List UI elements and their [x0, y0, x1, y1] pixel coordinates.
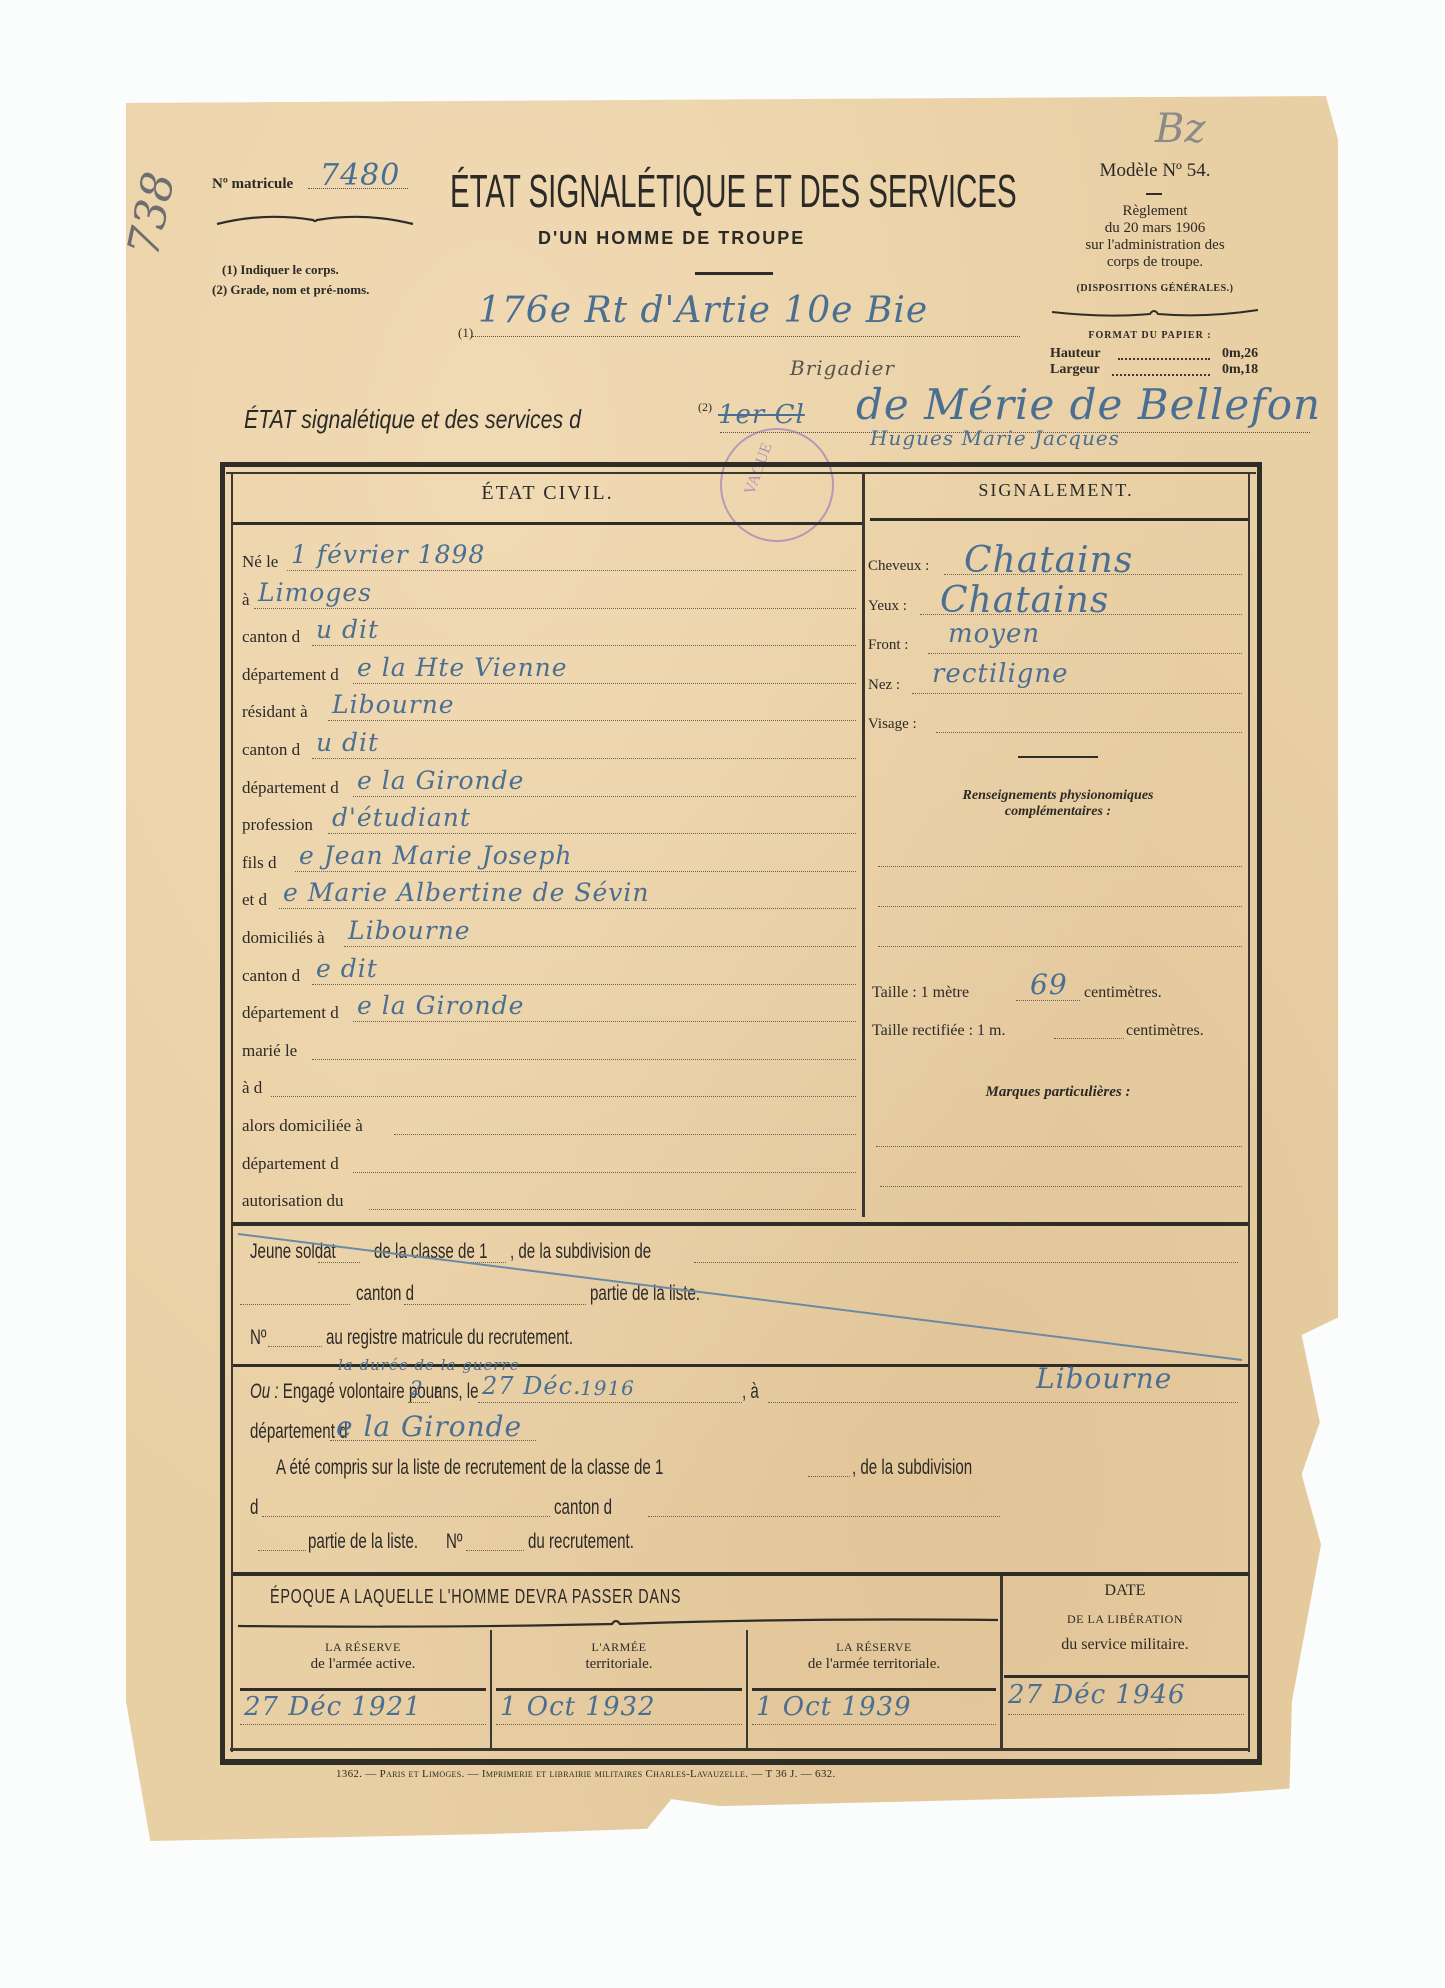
engage-place: Libourne	[1036, 1362, 1172, 1395]
marques-line-1	[876, 1146, 1242, 1147]
liberation-title-2: DE LA LIBÉRATION	[1002, 1612, 1248, 1627]
matricule-label: Nº matricule	[212, 176, 293, 193]
etat-civil-label: et d	[242, 890, 267, 910]
struck-grade: 1er Cl	[718, 400, 805, 430]
footnote-2: (2) Grade, nom et pré-noms.	[212, 282, 417, 297]
signalement-value: Chatains	[964, 540, 1133, 581]
etat-civil-value: u dit	[316, 615, 379, 644]
engage-canton-label: canton d	[554, 1496, 612, 1520]
epoque-col-dots[interactable]	[496, 1724, 742, 1725]
epoque-col-rule	[752, 1688, 996, 1691]
subject-first-names: Hugues Marie Jacques	[870, 426, 1120, 450]
etat-civil-label: alors domiciliée à	[242, 1116, 363, 1136]
engage-recrutement-label: du recrutement.	[528, 1530, 634, 1554]
physio-title-1: Renseignements physionomiques	[866, 788, 1250, 804]
corps-value: 176e Rt d'Artie 10e Bie	[478, 290, 928, 331]
rule-line-3: sur l'administration des	[1035, 237, 1275, 254]
epoque-col-title-2: territoriale.	[492, 1656, 746, 1673]
frame-bottom-inner	[230, 1748, 1250, 1751]
signalement-value: moyen	[948, 619, 1040, 649]
partie-dots	[258, 1550, 306, 1551]
epoque-col-title-2: de l'armée active.	[236, 1656, 490, 1673]
signalement-label: Nez :	[868, 677, 900, 694]
epoque-col-title-2: de l'armée territoriale.	[748, 1656, 1000, 1673]
title-rule	[695, 272, 773, 275]
frame-top-inner	[226, 472, 1256, 474]
signalement-field-line[interactable]	[936, 732, 1242, 733]
etat-civil-field-line[interactable]	[353, 683, 856, 684]
frame-left-inner	[231, 472, 233, 1752]
etat-civil-field-line[interactable]	[328, 833, 856, 834]
etat-civil-field-line[interactable]	[312, 758, 856, 759]
etat-civil-label: Né le	[242, 552, 278, 572]
frame-left	[220, 462, 225, 1764]
etat-civil-field-line[interactable]	[312, 645, 856, 646]
etat-civil-label: autorisation du	[242, 1191, 344, 1211]
ou-label: Ou :	[250, 1380, 279, 1403]
subject-label: ÉTAT signalétique et des services d	[244, 404, 581, 435]
grade-value: Brigadier	[790, 356, 895, 380]
rule-line-4: corps de troupe.	[1035, 254, 1275, 271]
epoque-col-title-1: L'ARMÉE	[492, 1640, 746, 1655]
etat-civil-label: département d	[242, 1003, 339, 1023]
etat-civil-label: à	[242, 590, 250, 610]
etat-civil-label: résidant à	[242, 702, 308, 722]
epoque-col-title-1: LA RÉSERVE	[236, 1640, 490, 1655]
taille-unit: centimètres.	[1084, 984, 1162, 1002]
ornament-divider	[215, 212, 415, 230]
liberation-title-3: du service militaire.	[1002, 1636, 1248, 1654]
etat-civil-label: département d	[242, 778, 339, 798]
engage-dept: e la Gironde	[336, 1410, 522, 1443]
etat-civil-label: à d	[242, 1078, 262, 1098]
physio-line-2	[878, 906, 1242, 907]
rule-line-1: Règlement	[1035, 203, 1275, 220]
engage-ans-label: ans, le	[434, 1380, 479, 1404]
physio-line-3	[878, 946, 1242, 947]
marques-line-2	[880, 1186, 1242, 1187]
liberation-divider	[1000, 1576, 1003, 1748]
classe-dots	[808, 1476, 850, 1477]
largeur-value: 0m,18	[1222, 362, 1258, 378]
canton-dots	[648, 1516, 1000, 1517]
model-dispositions: (DISPOSITIONS GÉNÉRALES.)	[1040, 283, 1270, 294]
engage-no-label: Nº	[446, 1530, 462, 1554]
signalement-label: Cheveux :	[868, 558, 929, 575]
etat-civil-field-line[interactable]	[312, 984, 856, 985]
etat-civil-label: canton d	[242, 966, 300, 986]
epoque-col-value: 1 Oct 1932	[500, 1692, 656, 1722]
model-number: Modèle Nº 54.	[1040, 160, 1270, 182]
model-ornament	[1050, 306, 1260, 320]
etat-civil-field-line[interactable]	[369, 1209, 856, 1210]
engage-subdivision-label: , de la subdivision	[852, 1456, 972, 1480]
epoque-col-title-1: LA RÉSERVE	[748, 1640, 1000, 1655]
taille-rect-unit: centimètres.	[1126, 1022, 1204, 1040]
epoque-col-dots[interactable]	[752, 1724, 996, 1725]
section-rule-3	[233, 1572, 1249, 1576]
taille-rect-label: Taille rectifiée : 1 m.	[872, 1022, 1005, 1040]
physio-line-1	[878, 866, 1242, 867]
etat-civil-field-line[interactable]	[279, 908, 856, 909]
liberation-dots	[1008, 1714, 1244, 1715]
strike-diagonal	[230, 1228, 1250, 1368]
epoque-col-rule	[240, 1688, 486, 1691]
engage-partie-label: partie de la liste.	[308, 1530, 418, 1554]
etat-civil-field-line[interactable]	[312, 1059, 856, 1060]
etat-civil-label: marié le	[242, 1041, 297, 1061]
taille-rect-line	[1054, 1038, 1124, 1039]
epoque-col-value: 1 Oct 1939	[756, 1692, 912, 1722]
etat-civil-heading-rule	[233, 522, 862, 525]
corner-pencil-mark: Bz	[1155, 106, 1205, 152]
corps-marker: (1)	[458, 325, 473, 341]
signalement-field-line[interactable]	[912, 693, 1242, 694]
epoque-heading: ÉPOQUE A LAQUELLE L'HOMME DEVRA PASSER D…	[270, 1586, 681, 1609]
date-dots	[478, 1402, 742, 1403]
etat-civil-field-line[interactable]	[353, 1172, 856, 1173]
subject-marker: (2)	[698, 400, 712, 415]
etat-civil-field-line[interactable]	[353, 1021, 856, 1022]
etat-civil-label: département d	[242, 665, 339, 685]
signalement-heading-rule	[870, 518, 1248, 521]
etat-civil-label: fils d	[242, 853, 276, 873]
corps-line	[472, 336, 1020, 337]
etat-civil-field-line[interactable]	[287, 570, 856, 571]
d-dots	[262, 1516, 550, 1517]
epoque-col-value: 27 Déc 1921	[244, 1692, 422, 1722]
taille-label: Taille : 1 mètre	[872, 984, 969, 1002]
marques-title: Marques particulières :	[866, 1084, 1250, 1101]
etat-civil-field-line[interactable]	[344, 946, 856, 947]
etat-civil-value: Libourne	[332, 690, 455, 719]
etat-civil-label: profession	[242, 815, 313, 835]
etat-civil-field-line[interactable]	[254, 608, 856, 609]
liberation-rule	[1004, 1675, 1248, 1678]
etat-civil-field-line[interactable]	[328, 720, 856, 721]
signalement-label: Front :	[868, 637, 908, 654]
engage-a-label: , à	[742, 1380, 759, 1404]
etat-civil-value: 1 février 1898	[291, 540, 485, 569]
subject-name: de Mérie de Bellefon	[856, 380, 1321, 429]
page-title: ÉTAT SIGNALÉTIQUE ET DES SERVICES	[450, 164, 1017, 218]
place-dots	[768, 1402, 1238, 1403]
signalement-heading: SIGNALEMENT.	[864, 480, 1248, 501]
signalement-field-line[interactable]	[928, 653, 1242, 654]
model-regulation: Règlement du 20 mars 1906 sur l'administ…	[1035, 203, 1275, 271]
epoque-ornament	[236, 1616, 1000, 1630]
etat-civil-value: d'étudiant	[332, 803, 471, 832]
duration-dots	[408, 1402, 430, 1403]
etat-civil-label: canton d	[242, 627, 300, 647]
liberation-date: 27 Déc 1946	[1008, 1680, 1186, 1710]
etat-civil-field-line[interactable]	[295, 871, 856, 872]
signalement-label: Yeux :	[868, 598, 907, 615]
liberation-title-1: DATE	[1002, 1582, 1248, 1600]
rule-line-2: du 20 mars 1906	[1035, 220, 1275, 237]
engage-d-label: d	[250, 1496, 258, 1520]
signalement-mid-rule	[1018, 756, 1098, 758]
hauteur-dots	[1118, 358, 1210, 360]
page-subtitle: D'UN HOMME DE TROUPE	[538, 228, 805, 249]
hauteur-value: 0m,26	[1222, 346, 1258, 362]
epoque-col-dots[interactable]	[240, 1724, 486, 1725]
footnote-1: (1) Indiquer le corps.	[222, 262, 339, 278]
frame-top	[220, 462, 1262, 467]
frame-right-inner	[1248, 472, 1250, 1752]
etat-civil-label: département d	[242, 1154, 339, 1174]
etat-civil-value: Libourne	[348, 916, 471, 945]
section-rule-1	[233, 1222, 1249, 1226]
matricule-value: 7480	[320, 158, 400, 193]
printer-imprint: 1362. — Paris et Limoges. — Imprimerie e…	[336, 1768, 836, 1780]
engage-classe-label: A été compris sur la liste de recrutemen…	[276, 1456, 663, 1480]
largeur-label: Largeur	[1050, 362, 1100, 378]
etat-civil-value: e la Gironde	[357, 991, 524, 1020]
no-dots	[466, 1550, 524, 1551]
etat-civil-value: e Jean Marie Joseph	[299, 841, 573, 870]
signalement-value: Chatains	[940, 580, 1109, 621]
etat-civil-field-line[interactable]	[394, 1134, 856, 1135]
epoque-col-rule	[496, 1688, 742, 1691]
etat-civil-value: e la Hte Vienne	[357, 653, 568, 682]
signalement-value: rectiligne	[932, 659, 1069, 689]
frame-right	[1257, 462, 1262, 1764]
engage-year: 1916	[580, 1376, 635, 1400]
model-rule	[1146, 193, 1162, 195]
duration-value: 2	[410, 1376, 424, 1400]
etat-civil-field-line[interactable]	[271, 1096, 856, 1097]
etat-civil-value: e la Gironde	[357, 766, 524, 795]
etat-civil-value: e Marie Albertine de Sévin	[283, 878, 650, 907]
etat-civil-heading: ÉTAT CIVIL.	[233, 482, 862, 505]
etat-civil-value: e dit	[316, 954, 378, 983]
physio-title-2: complémentaires :	[866, 804, 1250, 820]
engage-date: 27 Déc.	[482, 1372, 582, 1400]
etat-civil-field-line[interactable]	[353, 796, 856, 797]
etat-civil-value: Limoges	[258, 578, 372, 607]
hauteur-label: Hauteur	[1050, 346, 1101, 362]
largeur-dots	[1112, 374, 1210, 376]
column-divider	[862, 472, 865, 1217]
format-title: FORMAT DU PAPIER :	[1050, 330, 1250, 341]
etat-civil-label: domiciliés à	[242, 928, 325, 948]
physio-title: Renseignements physionomiques complément…	[866, 788, 1250, 820]
signalement-label: Visage :	[868, 716, 917, 733]
etat-civil-value: u dit	[316, 728, 379, 757]
etat-civil-label: canton d	[242, 740, 300, 760]
frame-bottom	[220, 1759, 1262, 1765]
taille-value: 69	[1030, 968, 1068, 1001]
